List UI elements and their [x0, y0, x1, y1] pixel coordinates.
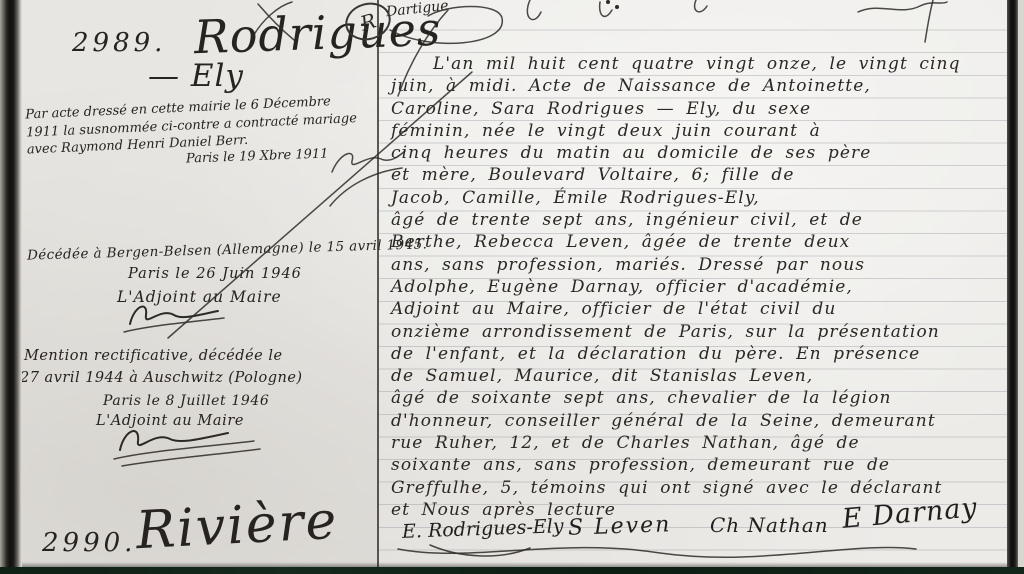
- stamp-letter: R: [357, 8, 378, 35]
- margin-separator-line: [377, 0, 379, 568]
- next-act-surname: Rivière: [135, 491, 340, 562]
- adjoint-signature-squiggle: [120, 431, 228, 450]
- rectification-note-line: 27 avril 1944 à Auschwitz (Pologne): [20, 370, 303, 386]
- death-margin-note: Décédée à Bergen-Belsen (Allemagne) le 1…: [27, 236, 428, 263]
- next-page-sliver: [1018, 0, 1024, 574]
- death-note-official: L'Adjoint au Maire: [117, 288, 282, 306]
- act-surname-suffix: — Ely: [148, 58, 244, 94]
- scan-bottom-band: [0, 567, 1024, 574]
- act-line: de l'enfant, et la déclaration du père. …: [391, 343, 1005, 365]
- adjoint-signature-underline: [122, 449, 260, 466]
- act-line: Caroline, Sara Rodrigues — Ely, du sexe: [391, 98, 1005, 120]
- act-line: ans, sans profession, mariés. Dressé par…: [391, 254, 1005, 276]
- act-line: Adjoint au Maire, officier de l'état civ…: [391, 298, 1005, 320]
- act-line: onzième arrondissement de Paris, sur la …: [391, 321, 1005, 343]
- act-line: Berthe, Rebecca Leven, âgée de trente de…: [391, 231, 1005, 253]
- signature-leven: S Leven: [568, 512, 672, 541]
- adjoint-signature-underline: [114, 441, 254, 459]
- act-line: rue Ruher, 12, et de Charles Nathan, âgé…: [391, 432, 1005, 454]
- act-number: 2989.: [72, 28, 166, 58]
- act-line: âgé de soixante sept ans, chevalier de l…: [391, 387, 1005, 409]
- act-line: Greffulhe, 5, témoins qui ont signé avec…: [391, 477, 1005, 499]
- act-line: d'honneur, conseiller général de la Sein…: [391, 410, 1005, 432]
- act-line: juin, à midi. Acte de Naissance de Antoi…: [391, 75, 1005, 97]
- birth-act-text: L'an mil huit cent quatre vingt onze, le…: [391, 53, 1005, 521]
- act-line: de Samuel, Maurice, dit Stanislas Leven,: [391, 365, 1005, 387]
- act-line: et mère, Boulevard Voltaire, 6; fille de: [391, 164, 1005, 186]
- act-line: Adolphe, Eugène Darnay, officier d'acadé…: [391, 276, 1005, 298]
- adjoint-signature-squiggle: [130, 306, 218, 324]
- adjoint-signature-underline: [124, 318, 224, 332]
- rectification-note-line: Mention rectificative, décédée le: [24, 348, 283, 364]
- act-line: cinq heures du matin au domicile de ses …: [391, 142, 1005, 164]
- book-binding-edge: [0, 0, 22, 568]
- rectification-note-official: L'Adjoint au Maire: [96, 413, 244, 429]
- act-line: âgé de trente sept ans, ingénieur civil,…: [391, 209, 1005, 231]
- act-line: Jacob, Camille, Émile Rodrigues-Ely,: [391, 187, 1005, 209]
- next-act-number: 2990.: [42, 528, 136, 558]
- act-line: L'an mil huit cent quatre vingt onze, le…: [391, 53, 1005, 75]
- register-page: R 2989. Rodrigues — Ely Par acte dressé …: [0, 0, 1024, 574]
- signature-nathan: Ch Nathan: [710, 513, 829, 537]
- act-line: soixante ans, sans profession, demeurant…: [391, 454, 1005, 476]
- act-line: féminin, née le vingt deux juin courant …: [391, 120, 1005, 142]
- death-note-date: Paris le 26 Juin 1946: [128, 266, 302, 282]
- rectification-note-date: Paris le 8 Juillet 1946: [103, 393, 269, 409]
- page-right-edge: [1007, 0, 1018, 574]
